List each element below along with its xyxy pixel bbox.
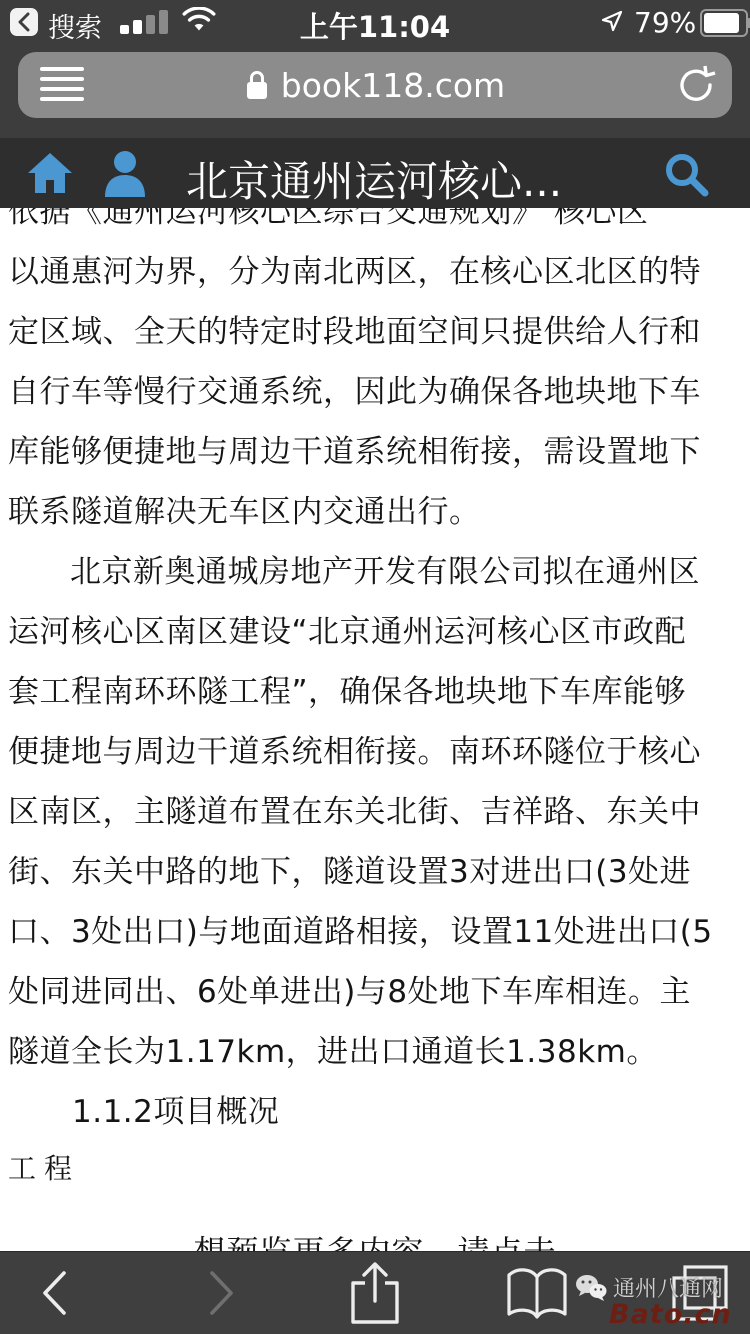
text-line: 运河核心区南区建设“北京通州运河核心区市政配 [8,602,742,662]
bookmarks-button[interactable] [502,1252,572,1334]
text-line: 隧道全长为1.17km，进出口通道长1.38km。 [8,1022,742,1082]
wechat-icon [575,1274,607,1302]
document-content: 依据《通州运河核心区综合交通规划》 核心区 以通惠河为界，分为南北两区，在核心区… [0,208,750,1252]
text-line: 区南区，主隧道布置在东关北街、吉祥路、东关中 [8,782,742,842]
share-button[interactable] [342,1252,408,1334]
nav-back-button[interactable] [24,1252,84,1334]
battery-percent: 79% [634,6,696,39]
text-line: 处同进同出、6处单进出)与8处地下车库相连。主 [8,962,742,1022]
tabs-icon [671,1264,729,1322]
text-line: 以通惠河为界，分为南北两区，在核心区北区的特 [8,242,742,302]
back-icon [41,1270,67,1316]
section-heading: 1.1.2项目概况 [8,1082,742,1142]
text-line: 套工程南环环隧工程”，确保各地块地下车库能够 [8,662,742,722]
text-line: 街、东关中路的地下，隧道设置3对进出口(3处进 [8,842,742,902]
text-line: 定区域、全天的特定时段地面空间只提供给人行和 [8,302,742,362]
page-title: 北京通州运河核心... [186,149,646,209]
home-icon[interactable] [26,149,74,197]
text-line: 库能够便捷地与周边干道系统相衔接，需设置地下 [8,422,742,482]
text-line: 自行车等慢行交通系统，因此为确保各地块地下车 [8,362,742,422]
browser-toolbar: 通州八通网 Bato.cn [0,1251,750,1334]
text-line: 口、3处出口)与地面道路相接，设置11处进出口(5 [8,902,742,962]
address-bar[interactable]: book118.com [18,52,732,118]
reload-icon[interactable] [678,65,716,105]
site-navbar: 北京通州运河核心... [0,138,750,208]
bookmarks-icon [506,1267,568,1319]
nav-forward-button[interactable] [192,1252,252,1334]
text-line: 依据《通州运河核心区综合交通规划》 核心区 [8,208,742,242]
text-line: 便捷地与周边干道系统相衔接。南环环隧位于核心 [8,722,742,782]
location-arrow-icon [600,9,624,33]
preview-more-link[interactable]: 想预览更多内容，请点击 [8,1222,742,1252]
lock-icon [245,69,269,101]
text-line: 联系隧道解决无车区内交通出行。 [8,482,742,542]
forward-icon [209,1270,235,1316]
search-icon[interactable] [662,150,710,198]
text-line: 北京新奥通城房地产开发有限公司拟在通州区 [8,542,742,602]
tabs-button[interactable] [668,1252,732,1334]
share-icon [347,1261,403,1325]
url-text: book118.com [281,66,505,105]
text-line: 工程 [8,1142,742,1196]
status-bar: 搜索 上午11:04 79% [0,0,750,44]
iphone-screen: 搜索 上午11:04 79% [0,0,750,1334]
battery-icon [700,9,748,37]
user-icon[interactable] [102,149,148,197]
browser-top-chrome: 搜索 上午11:04 79% [0,0,750,138]
